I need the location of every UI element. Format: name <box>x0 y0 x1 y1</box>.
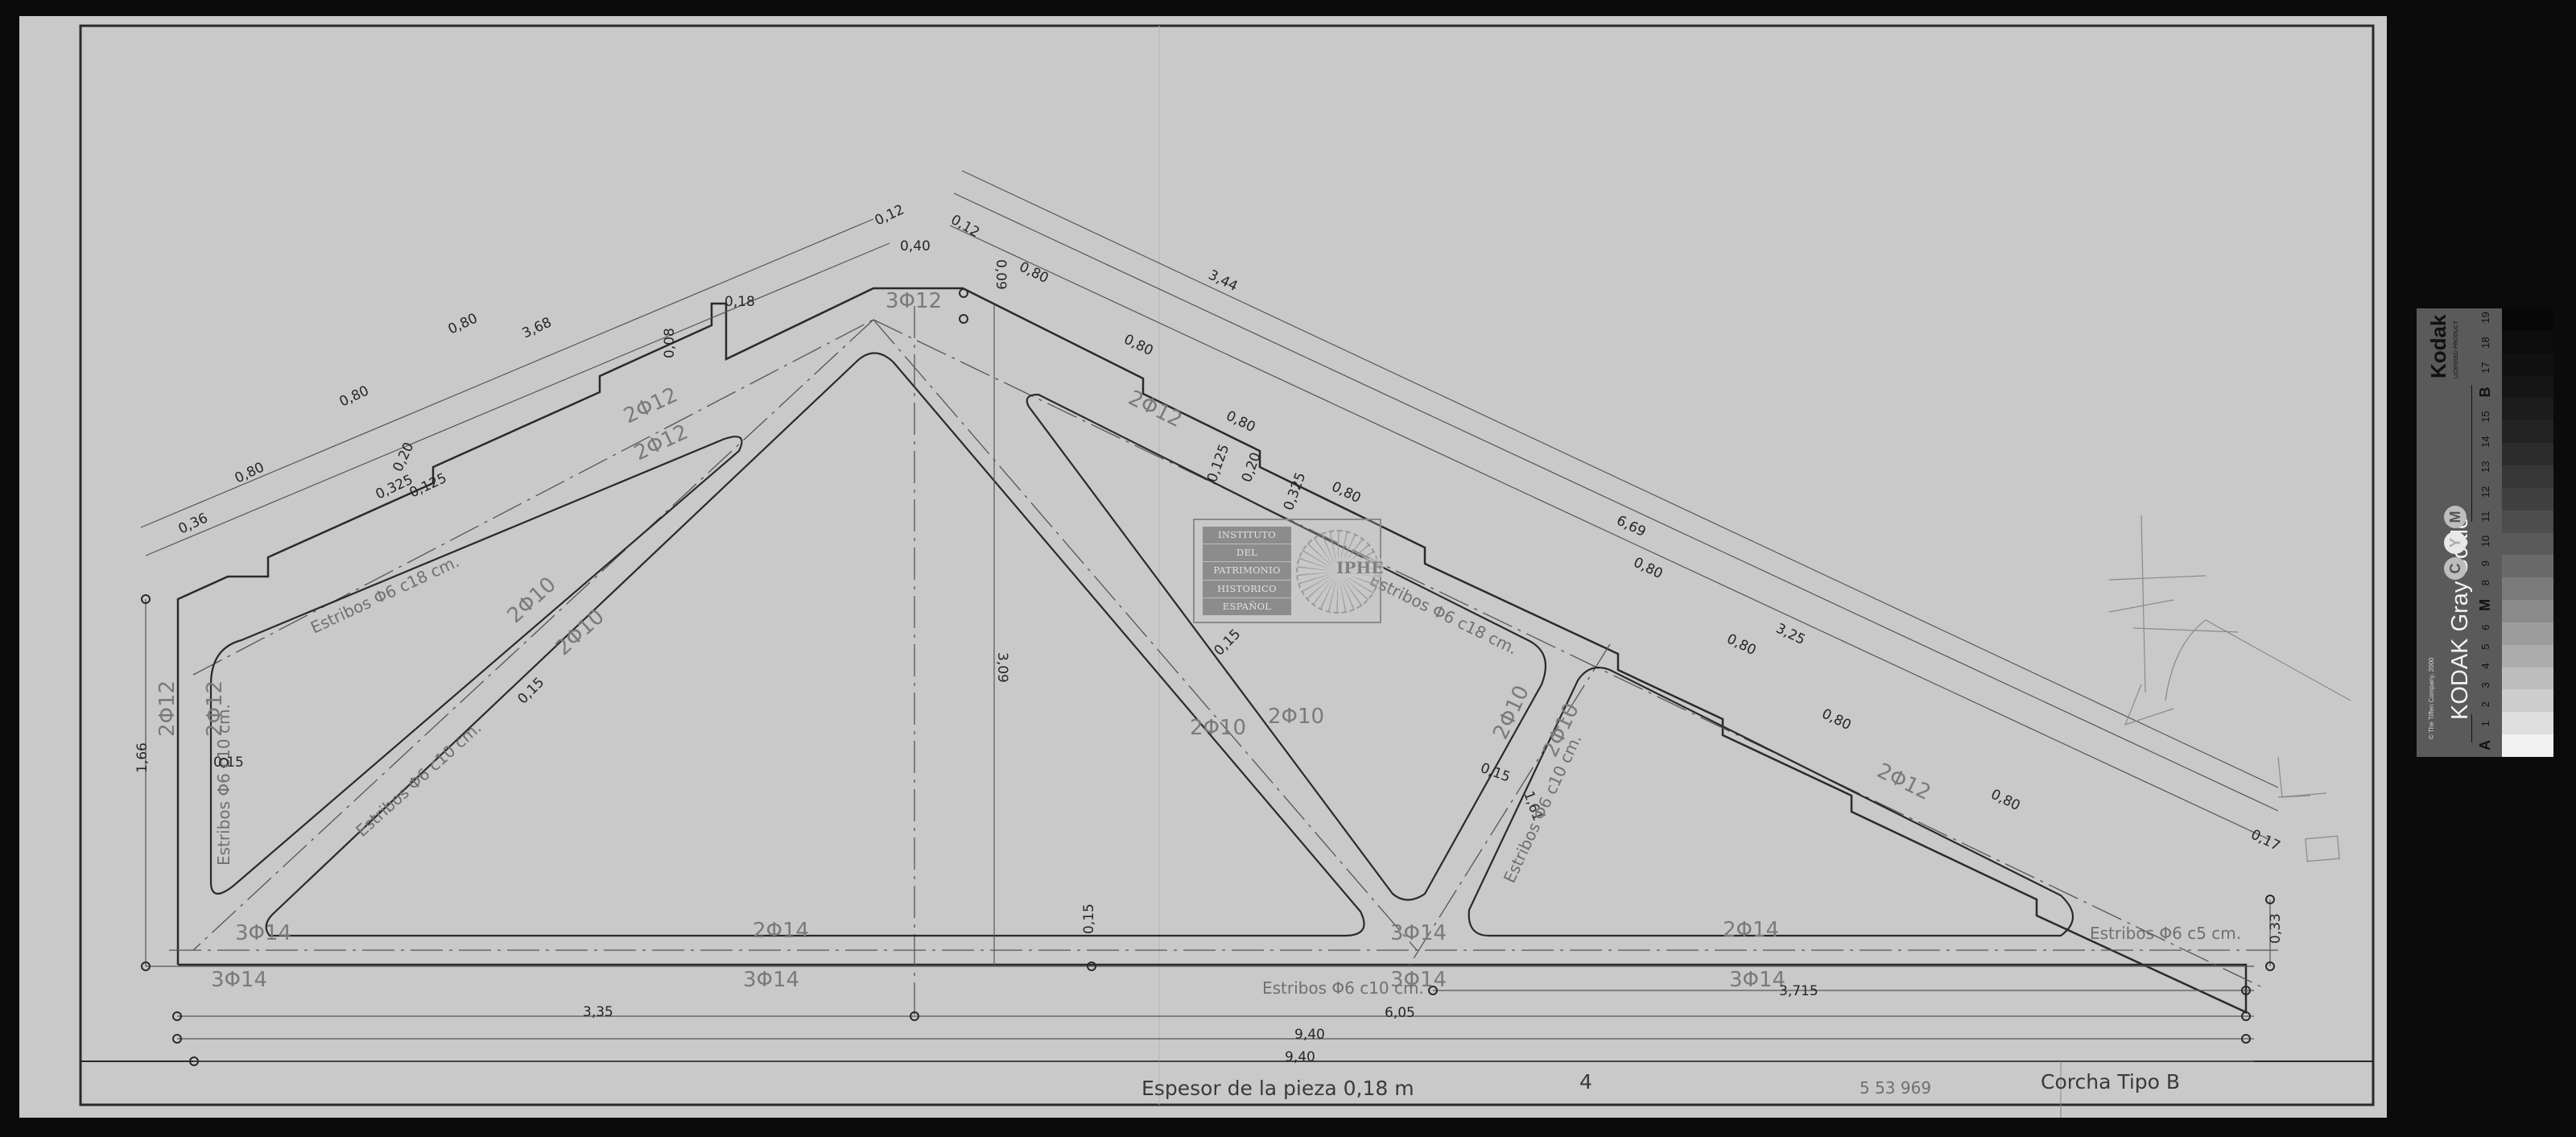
gray-step-label: 14 <box>2479 436 2494 447</box>
svg-text:0,08: 0,08 <box>662 328 678 358</box>
pencil-sketch <box>2109 515 2351 862</box>
gray-step-patch <box>2502 555 2553 577</box>
gray-step-label: 12 <box>2479 486 2494 498</box>
svg-text:0,36: 0,36 <box>176 510 211 537</box>
handwritten-ref: 5 53 969 <box>1860 1078 1931 1098</box>
svg-text:Estribos Φ6 c18 cm.: Estribos Φ6 c18 cm. <box>308 552 462 638</box>
stamp-line: HISTORICO <box>1203 581 1291 598</box>
svg-text:2Φ10: 2Φ10 <box>503 573 561 628</box>
svg-text:6,69: 6,69 <box>1614 513 1649 541</box>
gray-step-label: 11 <box>2479 511 2494 523</box>
gray-step-patch <box>2502 533 2553 556</box>
gray-step-label: B <box>2477 387 2494 398</box>
gray-step-label: 10 <box>2479 535 2494 547</box>
gray-step-label: 2 <box>2479 701 2494 707</box>
gray-step-labels: A123456M89101112131415B171819 <box>2479 312 2494 750</box>
svg-text:0,80: 0,80 <box>1631 555 1666 583</box>
svg-text:0,80: 0,80 <box>446 310 481 337</box>
kodak-logo: Kodak <box>2426 315 2451 378</box>
svg-text:0,80: 0,80 <box>1819 706 1854 734</box>
svg-text:3,68: 3,68 <box>520 314 555 341</box>
gray-step-patch <box>2502 689 2553 712</box>
svg-text:0,80: 0,80 <box>1724 631 1759 659</box>
gray-step-label: 19 <box>2479 312 2494 323</box>
svg-text:6,05: 6,05 <box>1385 1005 1415 1021</box>
gray-step-patch <box>2502 354 2553 376</box>
stamp-line: ESPAÑOL <box>1203 598 1291 615</box>
svg-text:0,80: 0,80 <box>233 459 267 486</box>
svg-text:0,125: 0,125 <box>407 470 450 502</box>
svg-text:3Φ14: 3Φ14 <box>211 968 267 992</box>
svg-text:0,15: 0,15 <box>1211 626 1244 659</box>
dimension-markers <box>142 289 2274 1065</box>
gray-step-strip <box>2502 308 2553 757</box>
gray-step-label: A <box>2477 740 2494 750</box>
gray-step-label: 4 <box>2479 663 2494 668</box>
svg-text:2Φ14: 2Φ14 <box>753 919 809 943</box>
svg-text:3Φ14: 3Φ14 <box>1390 921 1447 945</box>
card-copyright: © The Tiffen Company, 2000 <box>2428 657 2435 739</box>
svg-text:Estribos Φ6 c10 cm.: Estribos Φ6 c10 cm. <box>352 717 485 840</box>
gray-step-label: 1 <box>2479 721 2494 726</box>
gray-step-patch <box>2502 376 2553 399</box>
sheet-label: Corcha Tipo B <box>2041 1070 2180 1094</box>
gray-step-label: 8 <box>2479 580 2494 585</box>
svg-text:0,17: 0,17 <box>2248 827 2283 855</box>
svg-text:Estribos Φ6 c10 cm.: Estribos Φ6 c10 cm. <box>214 704 233 866</box>
center-mark: 4 <box>1579 1070 1592 1094</box>
svg-text:3,35: 3,35 <box>583 1004 613 1020</box>
svg-text:0,15: 0,15 <box>1081 903 1097 934</box>
gray-step-label: 15 <box>2479 411 2494 422</box>
svg-text:2Φ12: 2Φ12 <box>155 680 180 737</box>
gray-step-patch <box>2502 734 2553 757</box>
stamp-line: INSTITUTO <box>1203 527 1291 544</box>
gray-step-label: 18 <box>2479 337 2494 348</box>
svg-text:3Φ14: 3Φ14 <box>235 921 291 945</box>
gray-step-label: 6 <box>2479 625 2494 631</box>
opening-center-left <box>266 354 1364 936</box>
cym-markers: C Y M <box>2444 506 2467 580</box>
gray-step-patch <box>2502 622 2553 645</box>
svg-text:9,40: 9,40 <box>1294 1027 1325 1043</box>
kodak-gray-scale-card: © The Tiffen Company, 2000 KODAK Gray Sc… <box>2417 308 2553 757</box>
svg-text:0,09: 0,09 <box>993 259 1009 290</box>
gray-step-label: 9 <box>2479 560 2494 566</box>
kodak-license: LICENSED PRODUCT <box>2454 320 2459 378</box>
svg-text:0,80: 0,80 <box>1121 332 1156 360</box>
svg-text:3Φ12: 3Φ12 <box>885 289 942 313</box>
svg-text:0,12: 0,12 <box>948 212 983 241</box>
svg-text:Estribos Φ6 c18 cm.: Estribos Φ6 c18 cm. <box>1367 570 1521 659</box>
gray-step-label: 5 <box>2479 643 2494 649</box>
svg-text:3Φ14: 3Φ14 <box>743 968 799 992</box>
svg-text:2Φ12: 2Φ12 <box>1873 759 1934 805</box>
gray-step-patch <box>2502 645 2553 668</box>
svg-text:0,80: 0,80 <box>337 382 372 410</box>
svg-text:2Φ12: 2Φ12 <box>1125 386 1186 432</box>
gray-step-patch <box>2502 399 2553 421</box>
svg-text:3,715: 3,715 <box>1779 983 1818 999</box>
svg-text:0,325: 0,325 <box>1281 470 1309 513</box>
svg-text:0,15: 0,15 <box>1478 760 1512 786</box>
gray-step-label: 13 <box>2479 461 2494 472</box>
svg-text:2Φ12: 2Φ12 <box>620 383 681 429</box>
svg-text:1,66: 1,66 <box>134 742 151 773</box>
svg-text:9,40: 9,40 <box>1285 1049 1315 1065</box>
svg-text:3Φ14: 3Φ14 <box>1729 968 1785 992</box>
gray-step-patch <box>2502 308 2553 331</box>
svg-text:0,40: 0,40 <box>900 238 931 254</box>
svg-text:2Φ14: 2Φ14 <box>1723 918 1779 942</box>
iphe-acronym: IPHE <box>1336 558 1384 577</box>
cyan-marker-icon: C <box>2444 557 2467 580</box>
gray-step-patch <box>2502 600 2553 622</box>
magenta-marker-icon: M <box>2444 506 2467 528</box>
svg-text:2Φ10: 2Φ10 <box>1488 682 1534 743</box>
svg-text:0,12: 0,12 <box>873 201 907 229</box>
opening-left <box>211 436 741 894</box>
gray-step-patch <box>2502 331 2553 354</box>
gray-step-patch <box>2502 488 2553 511</box>
gray-step-patch <box>2502 577 2553 600</box>
iphe-stamp: INSTITUTO DEL PATRIMONIO HISTORICO ESPAÑ… <box>1193 519 1381 623</box>
gray-step-label: 17 <box>2479 362 2494 373</box>
yellow-marker-icon: Y <box>2444 531 2467 554</box>
institute-name-box: INSTITUTO DEL PATRIMONIO HISTORICO ESPAÑ… <box>1203 527 1291 615</box>
svg-text:0,80: 0,80 <box>1017 259 1051 287</box>
gray-step-patch <box>2502 511 2553 533</box>
svg-text:3,25: 3,25 <box>1773 621 1808 649</box>
svg-text:0,80: 0,80 <box>1224 408 1258 436</box>
svg-text:0,33: 0,33 <box>2268 913 2284 944</box>
stamp-line: PATRIMONIO <box>1203 562 1291 580</box>
svg-text:Estribos Φ6 c5 cm.: Estribos Φ6 c5 cm. <box>2090 924 2241 943</box>
gray-step-patch <box>2502 443 2553 465</box>
gray-step-patch <box>2502 420 2553 443</box>
gray-step-patch <box>2502 465 2553 488</box>
svg-text:0,18: 0,18 <box>724 294 755 310</box>
svg-text:2Φ10: 2Φ10 <box>1190 716 1246 740</box>
svg-text:0,80: 0,80 <box>1988 787 2023 815</box>
svg-text:3,09: 3,09 <box>994 652 1010 683</box>
gray-step-patch <box>2502 668 2553 690</box>
svg-text:0,20: 0,20 <box>390 440 417 474</box>
svg-text:Estribos Φ6 c10 cm.: Estribos Φ6 c10 cm. <box>1262 978 1424 998</box>
svg-text:2Φ12: 2Φ12 <box>630 420 691 466</box>
gray-step-label: M <box>2477 599 2494 611</box>
truss-outline <box>178 288 2246 1012</box>
svg-text:2Φ10: 2Φ10 <box>551 605 609 660</box>
svg-text:2Φ10: 2Φ10 <box>1268 705 1324 729</box>
svg-text:0,125: 0,125 <box>1204 442 1232 485</box>
gray-step-patch <box>2502 712 2553 734</box>
thickness-note: Espesor de la pieza 0,18 m <box>1141 1077 1414 1100</box>
stamp-line: DEL <box>1203 544 1291 562</box>
gray-step-label: 3 <box>2479 682 2494 688</box>
svg-text:3,44: 3,44 <box>1206 267 1241 296</box>
